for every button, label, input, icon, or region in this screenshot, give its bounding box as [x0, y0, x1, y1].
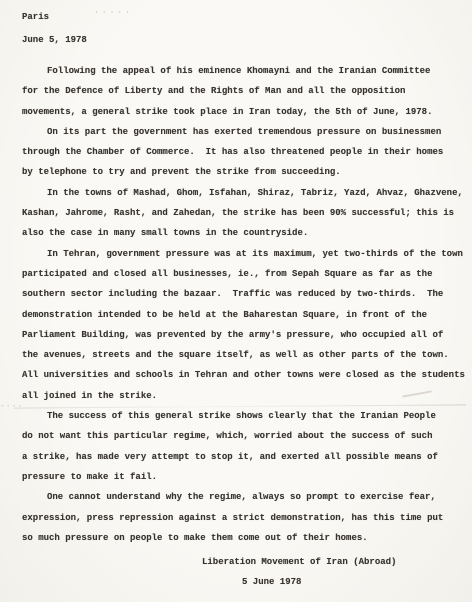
body-line: through the Chamber of Commerce. It has … [22, 142, 468, 162]
body-line: pressure to make it fail. [22, 467, 468, 487]
document-body: Following the appeal of his eminence Kho… [22, 61, 468, 548]
scan-artifact-margin-dashes: -··· [0, 402, 23, 411]
body-line: In Tehran, government pressure was at it… [22, 244, 468, 264]
body-line: Following the appeal of his eminence Kho… [22, 61, 468, 81]
body-line: participated and closed all businesses, … [22, 264, 468, 284]
body-line: the avenues, streets and the square itse… [22, 345, 468, 365]
signature-org-line: Liberation Movement of Iran (Abroad) [202, 552, 396, 572]
document-page: Paris June 5, 1978 ····· Following the a… [0, 0, 472, 602]
body-line: demonstration intended to be held at the… [22, 305, 468, 325]
body-line: also the case in many small towns in the… [22, 223, 468, 243]
body-line: do not want this particular regime, whic… [22, 426, 468, 446]
body-line: expression, press repression against a s… [22, 508, 468, 528]
body-line: In the towns of Mashad, Ghom, Isfahan, S… [22, 183, 468, 203]
body-line: all joined in the strike. [22, 386, 468, 406]
body-line: movements, a general strike took place i… [22, 102, 468, 122]
document-header: Paris June 5, 1978 [22, 6, 87, 52]
body-line: so much pressure on people to make them … [22, 528, 468, 548]
place-line: Paris [22, 6, 87, 29]
signature-date-line: 5 June 1978 [242, 572, 396, 592]
body-line: Kashan, Jahrome, Rasht, and Zahedan, the… [22, 203, 468, 223]
body-line: The success of this general strike shows… [22, 406, 468, 426]
body-line: by telephone to try and prevent the stri… [22, 162, 468, 182]
body-line: One cannot understand why the regime, al… [22, 487, 468, 507]
body-line: southern sector including the bazaar. Tr… [22, 284, 468, 304]
body-line: a strike, has made very attempt to stop … [22, 447, 468, 467]
date-line: June 5, 1978 [22, 29, 87, 52]
body-line: On its part the government has exerted t… [22, 122, 468, 142]
body-line: All universities and schools in Tehran a… [22, 365, 468, 385]
signature-block: Liberation Movement of Iran (Abroad) 5 J… [22, 552, 396, 592]
body-line: for the Defence of Liberty and the Right… [22, 81, 468, 101]
scan-artifact-dots: ····· [94, 8, 133, 17]
body-line: Parliament Building, was prevented by th… [22, 325, 468, 345]
